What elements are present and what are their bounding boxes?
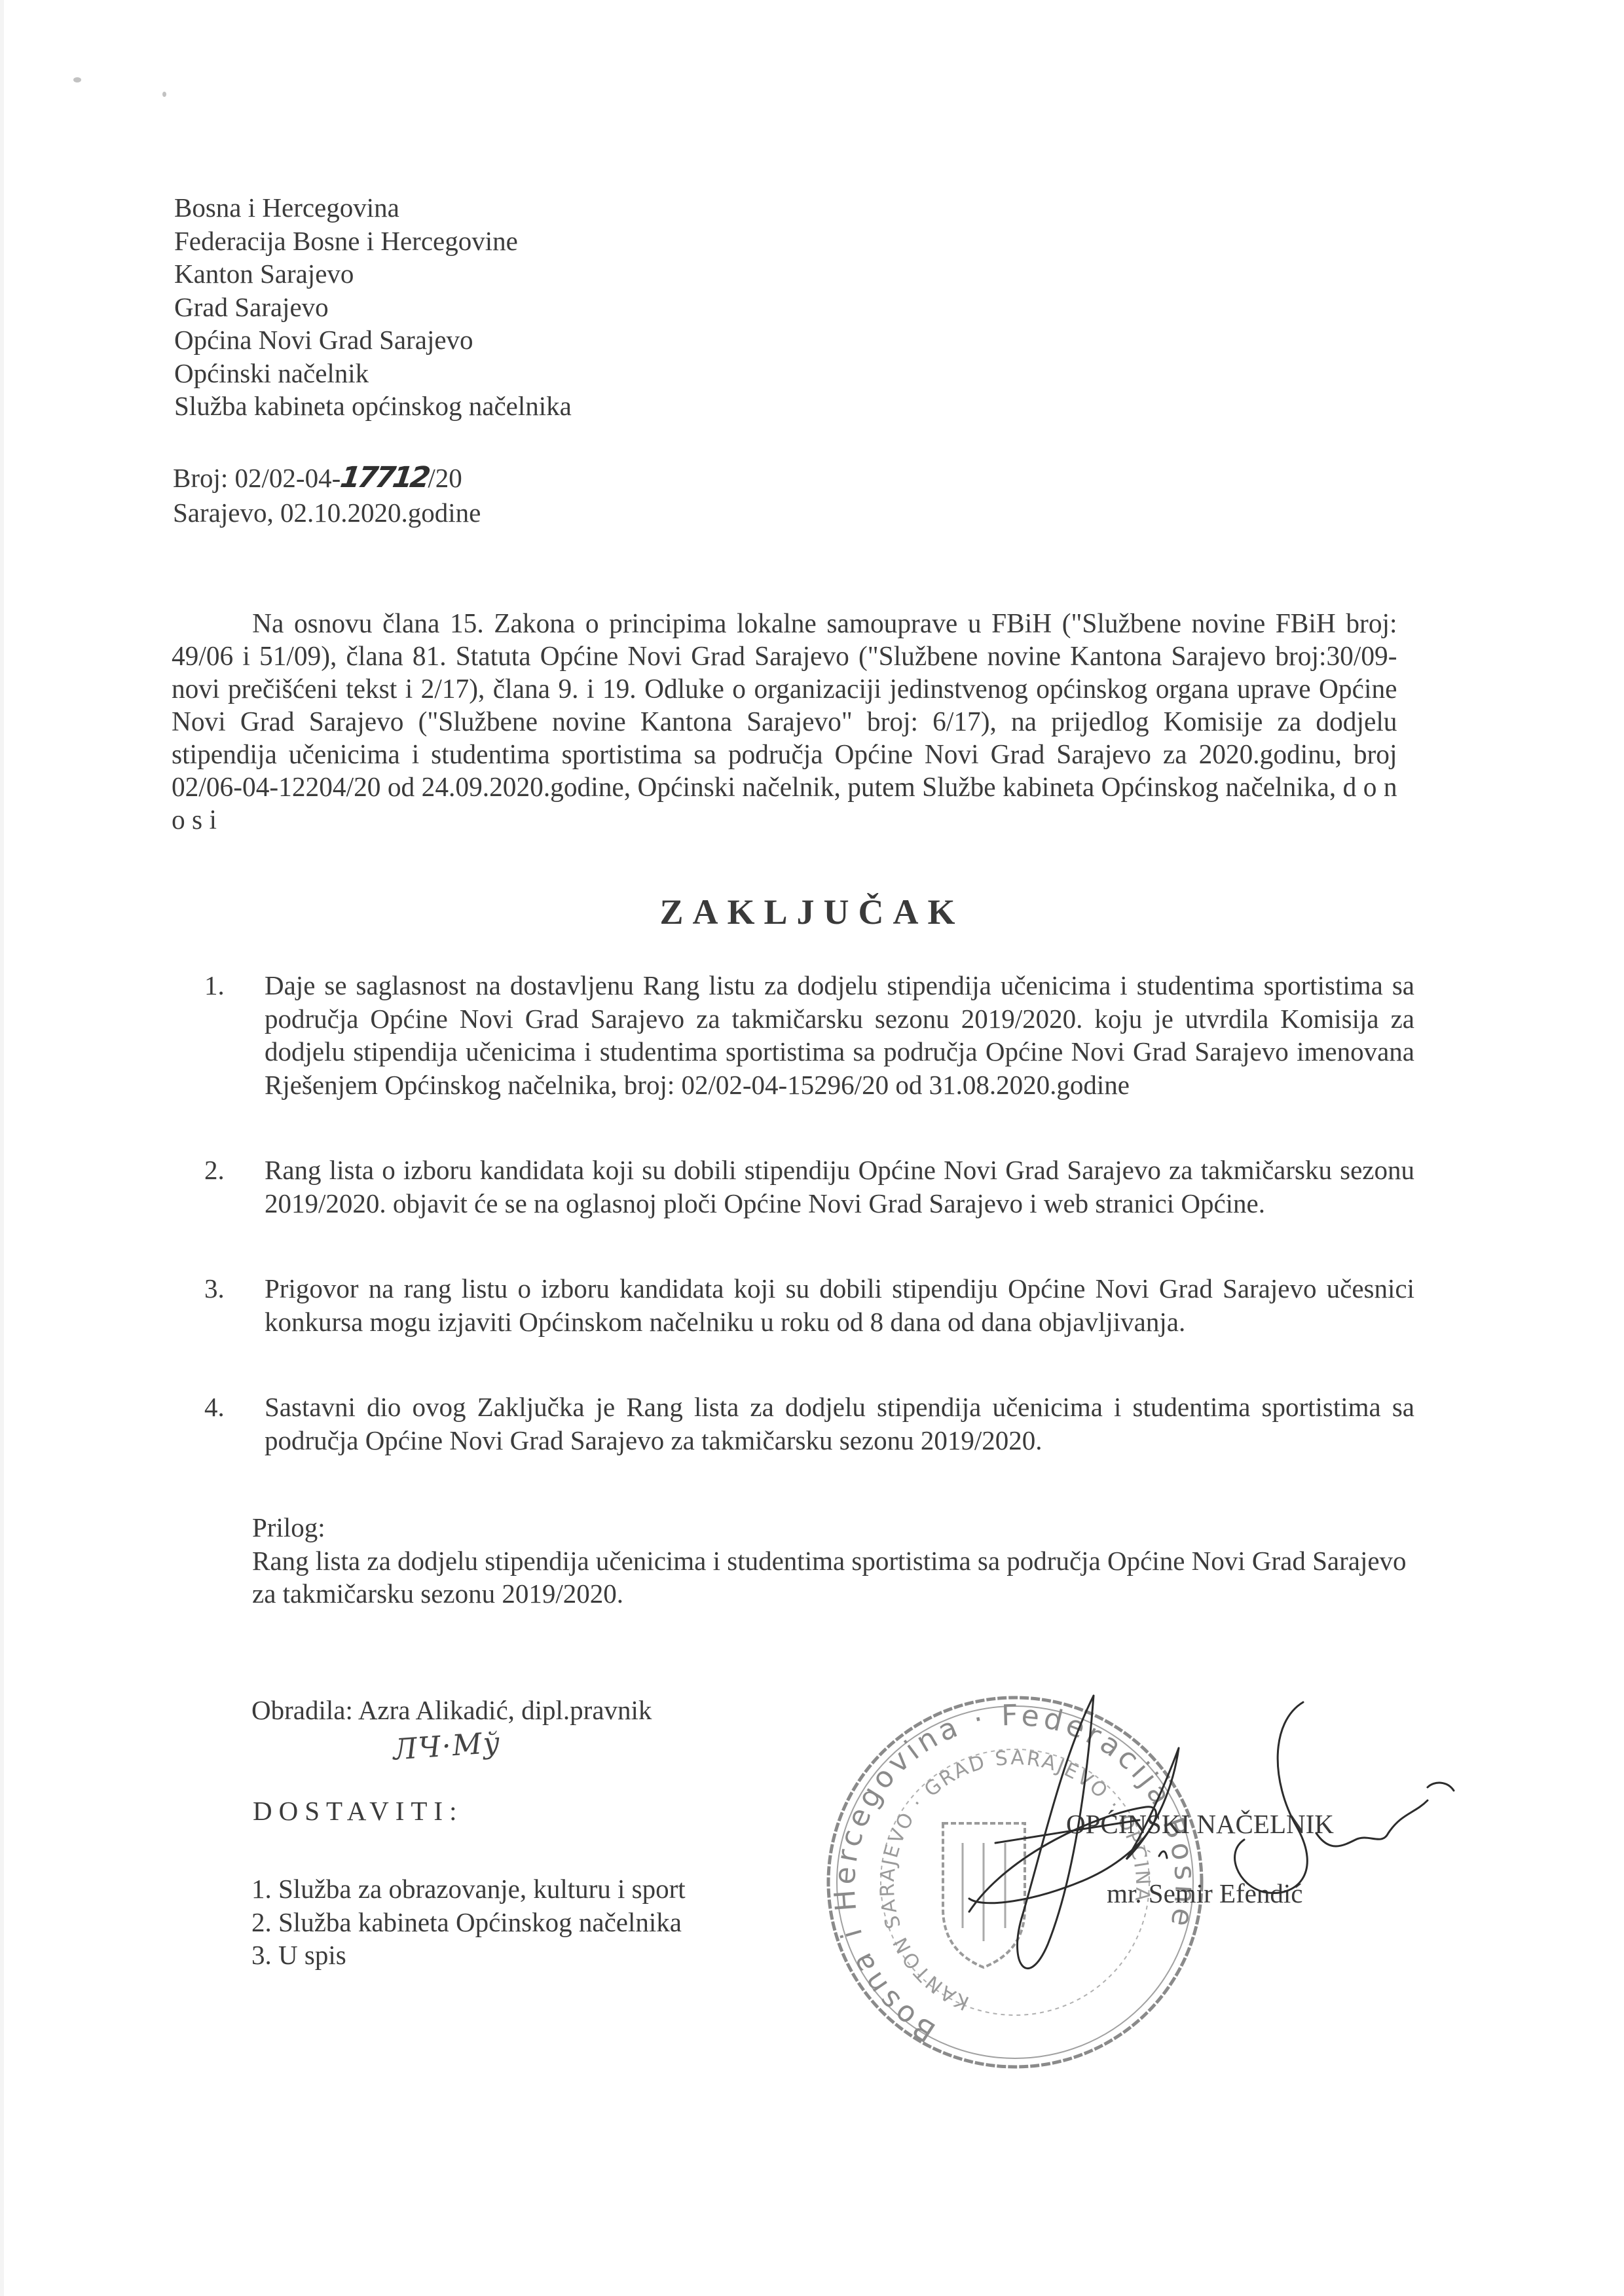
item-number: 1. — [204, 969, 225, 1002]
attachment-block: Prilog: Rang lista za dodjelu stipendija… — [252, 1511, 1424, 1611]
reference-number: Broj: 02/02-04-17712/20 — [173, 460, 481, 496]
intro-paragraph: Na osnovu člana 15. Zakona o principima … — [172, 608, 1397, 837]
item-text: Sastavni dio ovog Zaključka je Rang list… — [265, 1392, 1414, 1455]
recipient-item: 2. Služba kabineta Općinskog načelnika — [251, 1906, 686, 1939]
item-text: Daje se saglasnost na dostavljenu Rang l… — [265, 970, 1414, 1100]
handwritten-number: 17712 — [339, 460, 431, 495]
item-text: Prigovor na rang listu o izboru kandidat… — [265, 1273, 1414, 1337]
document-title: ZAKLJUČAK — [0, 892, 1624, 932]
letterhead-line: Općina Novi Grad Sarajevo — [174, 323, 572, 357]
place-date: Sarajevo, 02.10.2020.godine — [173, 496, 481, 530]
reference-block: Broj: 02/02-04-17712/20 Sarajevo, 02.10.… — [173, 460, 481, 530]
item-text: Rang lista o izboru kandidata koji su do… — [265, 1155, 1414, 1218]
letterhead-line: Grad Sarajevo — [174, 291, 572, 324]
conclusion-item: 1. Daje se saglasnost na dostavljenu Ran… — [204, 969, 1414, 1101]
handwritten-initials: ЛЧ·Мў — [392, 1726, 502, 1766]
letterhead-line: Služba kabineta općinskog načelnika — [174, 390, 572, 423]
deliver-heading: DOSTAVITI: — [253, 1795, 463, 1827]
letterhead-line: Federacija Bosne i Hercegovine — [174, 225, 572, 258]
scan-speck — [162, 92, 166, 97]
item-number: 4. — [204, 1391, 225, 1424]
conclusion-items: 1. Daje se saglasnost na dostavljenu Ran… — [204, 969, 1414, 1457]
letterhead: Bosna i Hercegovina Federacija Bosne i H… — [174, 191, 572, 423]
recipient-item: 3. U spis — [251, 1939, 686, 1972]
recipient-item: 1. Služba za obrazovanje, kulturu i spor… — [251, 1872, 686, 1906]
letterhead-line: Općinski načelnik — [174, 357, 572, 390]
deliver-recipient-list: 1. Služba za obrazovanje, kulturu i spor… — [251, 1872, 686, 1972]
signature-icon — [930, 1683, 1467, 1997]
reference-number-prefix: Broj: 02/02-04- — [173, 463, 341, 493]
letterhead-line: Bosna i Hercegovina — [174, 191, 572, 225]
item-number: 2. — [204, 1154, 225, 1187]
scan-speck — [73, 77, 81, 82]
attachment-label: Prilog: — [252, 1511, 1424, 1544]
attachment-text: Rang lista za dodjelu stipendija učenici… — [252, 1544, 1424, 1611]
item-number: 3. — [204, 1272, 225, 1305]
conclusion-item: 4. Sastavni dio ovog Zaključka je Rang l… — [204, 1391, 1414, 1457]
letterhead-line: Kanton Sarajevo — [174, 257, 572, 291]
conclusion-item: 3. Prigovor na rang listu o izboru kandi… — [204, 1272, 1414, 1338]
document-page: Bosna i Hercegovina Federacija Bosne i H… — [0, 0, 1624, 2296]
scan-edge — [0, 0, 4, 2296]
conclusion-item: 2. Rang lista o izboru kandidata koji su… — [204, 1154, 1414, 1220]
prepared-by: Obradila: Azra Alikadić, dipl.pravnik — [251, 1694, 652, 1726]
reference-number-suffix: /20 — [428, 463, 462, 493]
